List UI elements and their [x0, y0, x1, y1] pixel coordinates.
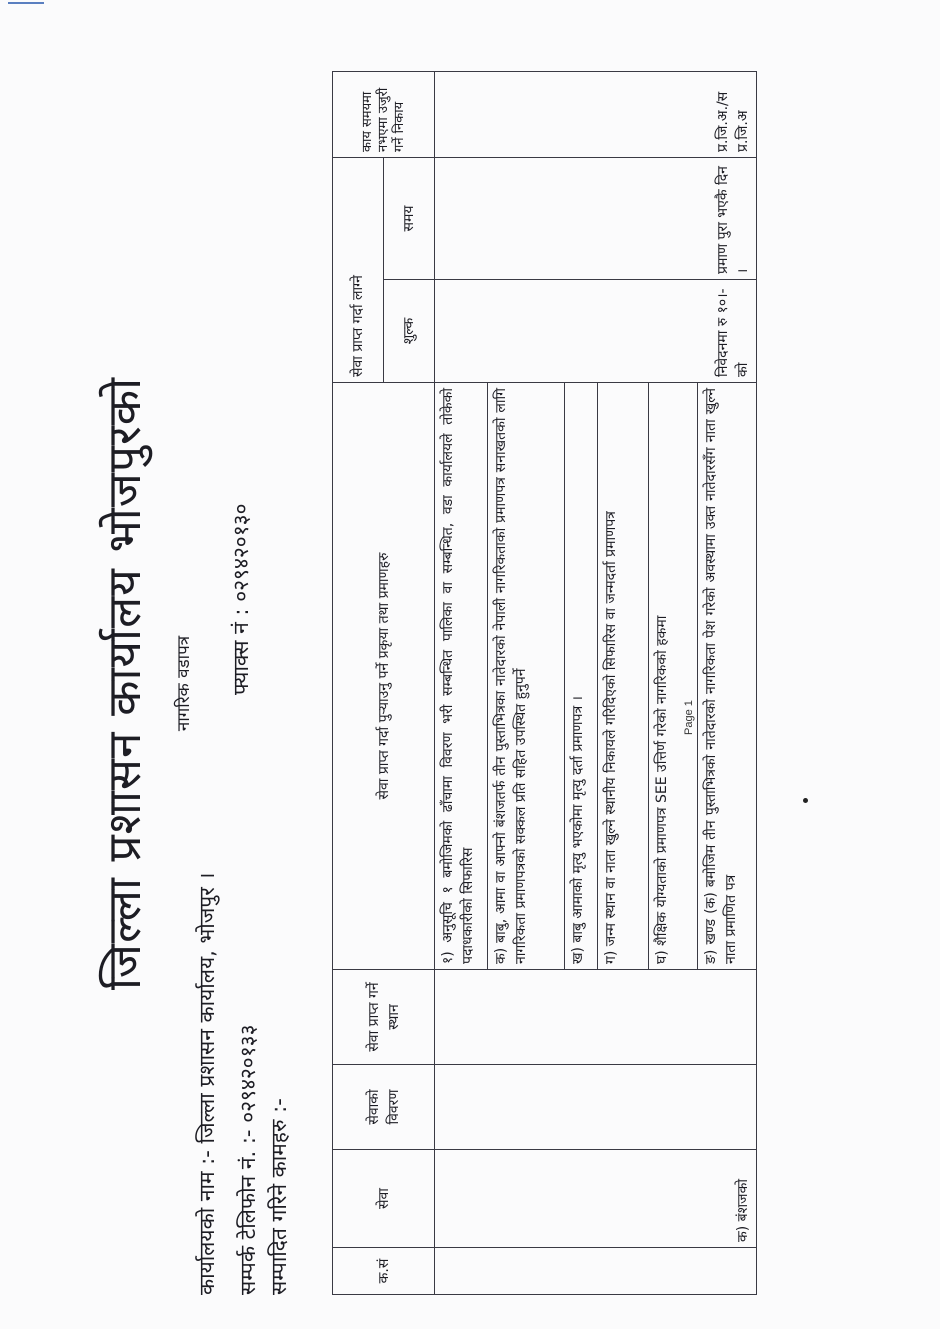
- table-row: क) बंशजको १) अनुसूचि १ बमोजिमको ढाँचामा …: [435, 72, 488, 1295]
- works-heading: सम्पादित गरिने कामहरु :-: [265, 1098, 293, 1295]
- fax-value: ०२९४२०१३०: [229, 504, 253, 602]
- citizen-charter-page: जिल्ला प्रशासन कार्यालय भोजपुरको नागरिक …: [85, 72, 765, 1295]
- header-fee: शुल्क: [384, 280, 435, 383]
- cell-process: घ) शैक्षिक योग्यताको प्रमाणपत्र SEE उत्त…: [649, 383, 698, 970]
- page-number: Page 1: [683, 700, 695, 735]
- cell-service-detail: [435, 1065, 757, 1150]
- cell-serial: [435, 1248, 757, 1295]
- cell-complaint: प्र.जि.अ./स प्र.जि.अ: [435, 72, 757, 158]
- header-service-place: सेवा प्राप्त गर्ने स्थान: [333, 970, 435, 1065]
- page-title: जिल्ला प्रशासन कार्यालय भोजपुरको: [95, 72, 153, 1295]
- header-process: सेवा प्राप्त गर्दा पुऱ्याउनु पर्ने प्रकृ…: [333, 383, 435, 970]
- office-name-line: कार्यालयको नाम :- जिल्ला प्रशासन कार्याल…: [193, 873, 221, 1295]
- header-serial: क.सं: [333, 1248, 435, 1295]
- header-cost-group: सेवा प्राप्त गर्दा लाग्ने: [333, 158, 384, 383]
- office-name-value: जिल्ला प्रशासन कार्यालय, भोजपुर ।: [195, 873, 219, 1144]
- office-name-label: कार्यालयको नाम :-: [195, 1150, 219, 1295]
- cell-fee: निवेदनमा रु १०।- को: [435, 280, 757, 383]
- phone-value: ०२९४२०१३३: [236, 1025, 260, 1123]
- fax-label: फ्याक्स नं :: [229, 608, 253, 695]
- service-table: क.सं सेवा सेवाको विवरण सेवा प्राप्त गर्न…: [332, 71, 757, 1295]
- page-subtitle: नागरिक वडापत्र: [171, 72, 194, 1295]
- header-service-detail: सेवाको विवरण: [333, 1065, 435, 1150]
- cell-process: ग) जन्म स्थान वा नाता खुल्ने स्थानीय निक…: [598, 383, 649, 970]
- phone-label: सम्पर्क टेलिफोन नं. :-: [236, 1129, 260, 1295]
- scan-artifact: [8, 2, 44, 4]
- scan-speck: [803, 798, 808, 803]
- cell-service: क) बंशजको: [435, 1150, 757, 1248]
- cell-process: १) अनुसूचि १ बमोजिमको ढाँचामा विवरण भरी …: [435, 383, 488, 970]
- fax-line: फ्याक्स नं : ०२९४२०१३०: [227, 504, 255, 695]
- cell-process: ख) बाबु आमाको मृत्यु भएकोमा मृत्यु दर्ता…: [565, 383, 598, 970]
- cell-service-place: [435, 970, 757, 1065]
- table-header-row: क.सं सेवा सेवाको विवरण सेवा प्राप्त गर्न…: [333, 72, 384, 1295]
- header-service: सेवा: [333, 1150, 435, 1248]
- cell-process: क) बाबु, आमा वा आफ्नो बंशजतर्फ तीन पुस्त…: [488, 383, 565, 970]
- header-complaint: काय समयमा नभएमा उजुरी गर्ने निकाय: [333, 72, 435, 158]
- cell-time: प्रमाण पुरा भएकै दिन ।: [435, 158, 757, 280]
- cell-process: ङ) खण्ड (क) बमोजिम तीन पुस्ताभित्रको नात…: [698, 383, 757, 970]
- header-time: समय: [384, 158, 435, 280]
- phone-line: सम्पर्क टेलिफोन नं. :- ०२९४२०१३३: [234, 1025, 262, 1295]
